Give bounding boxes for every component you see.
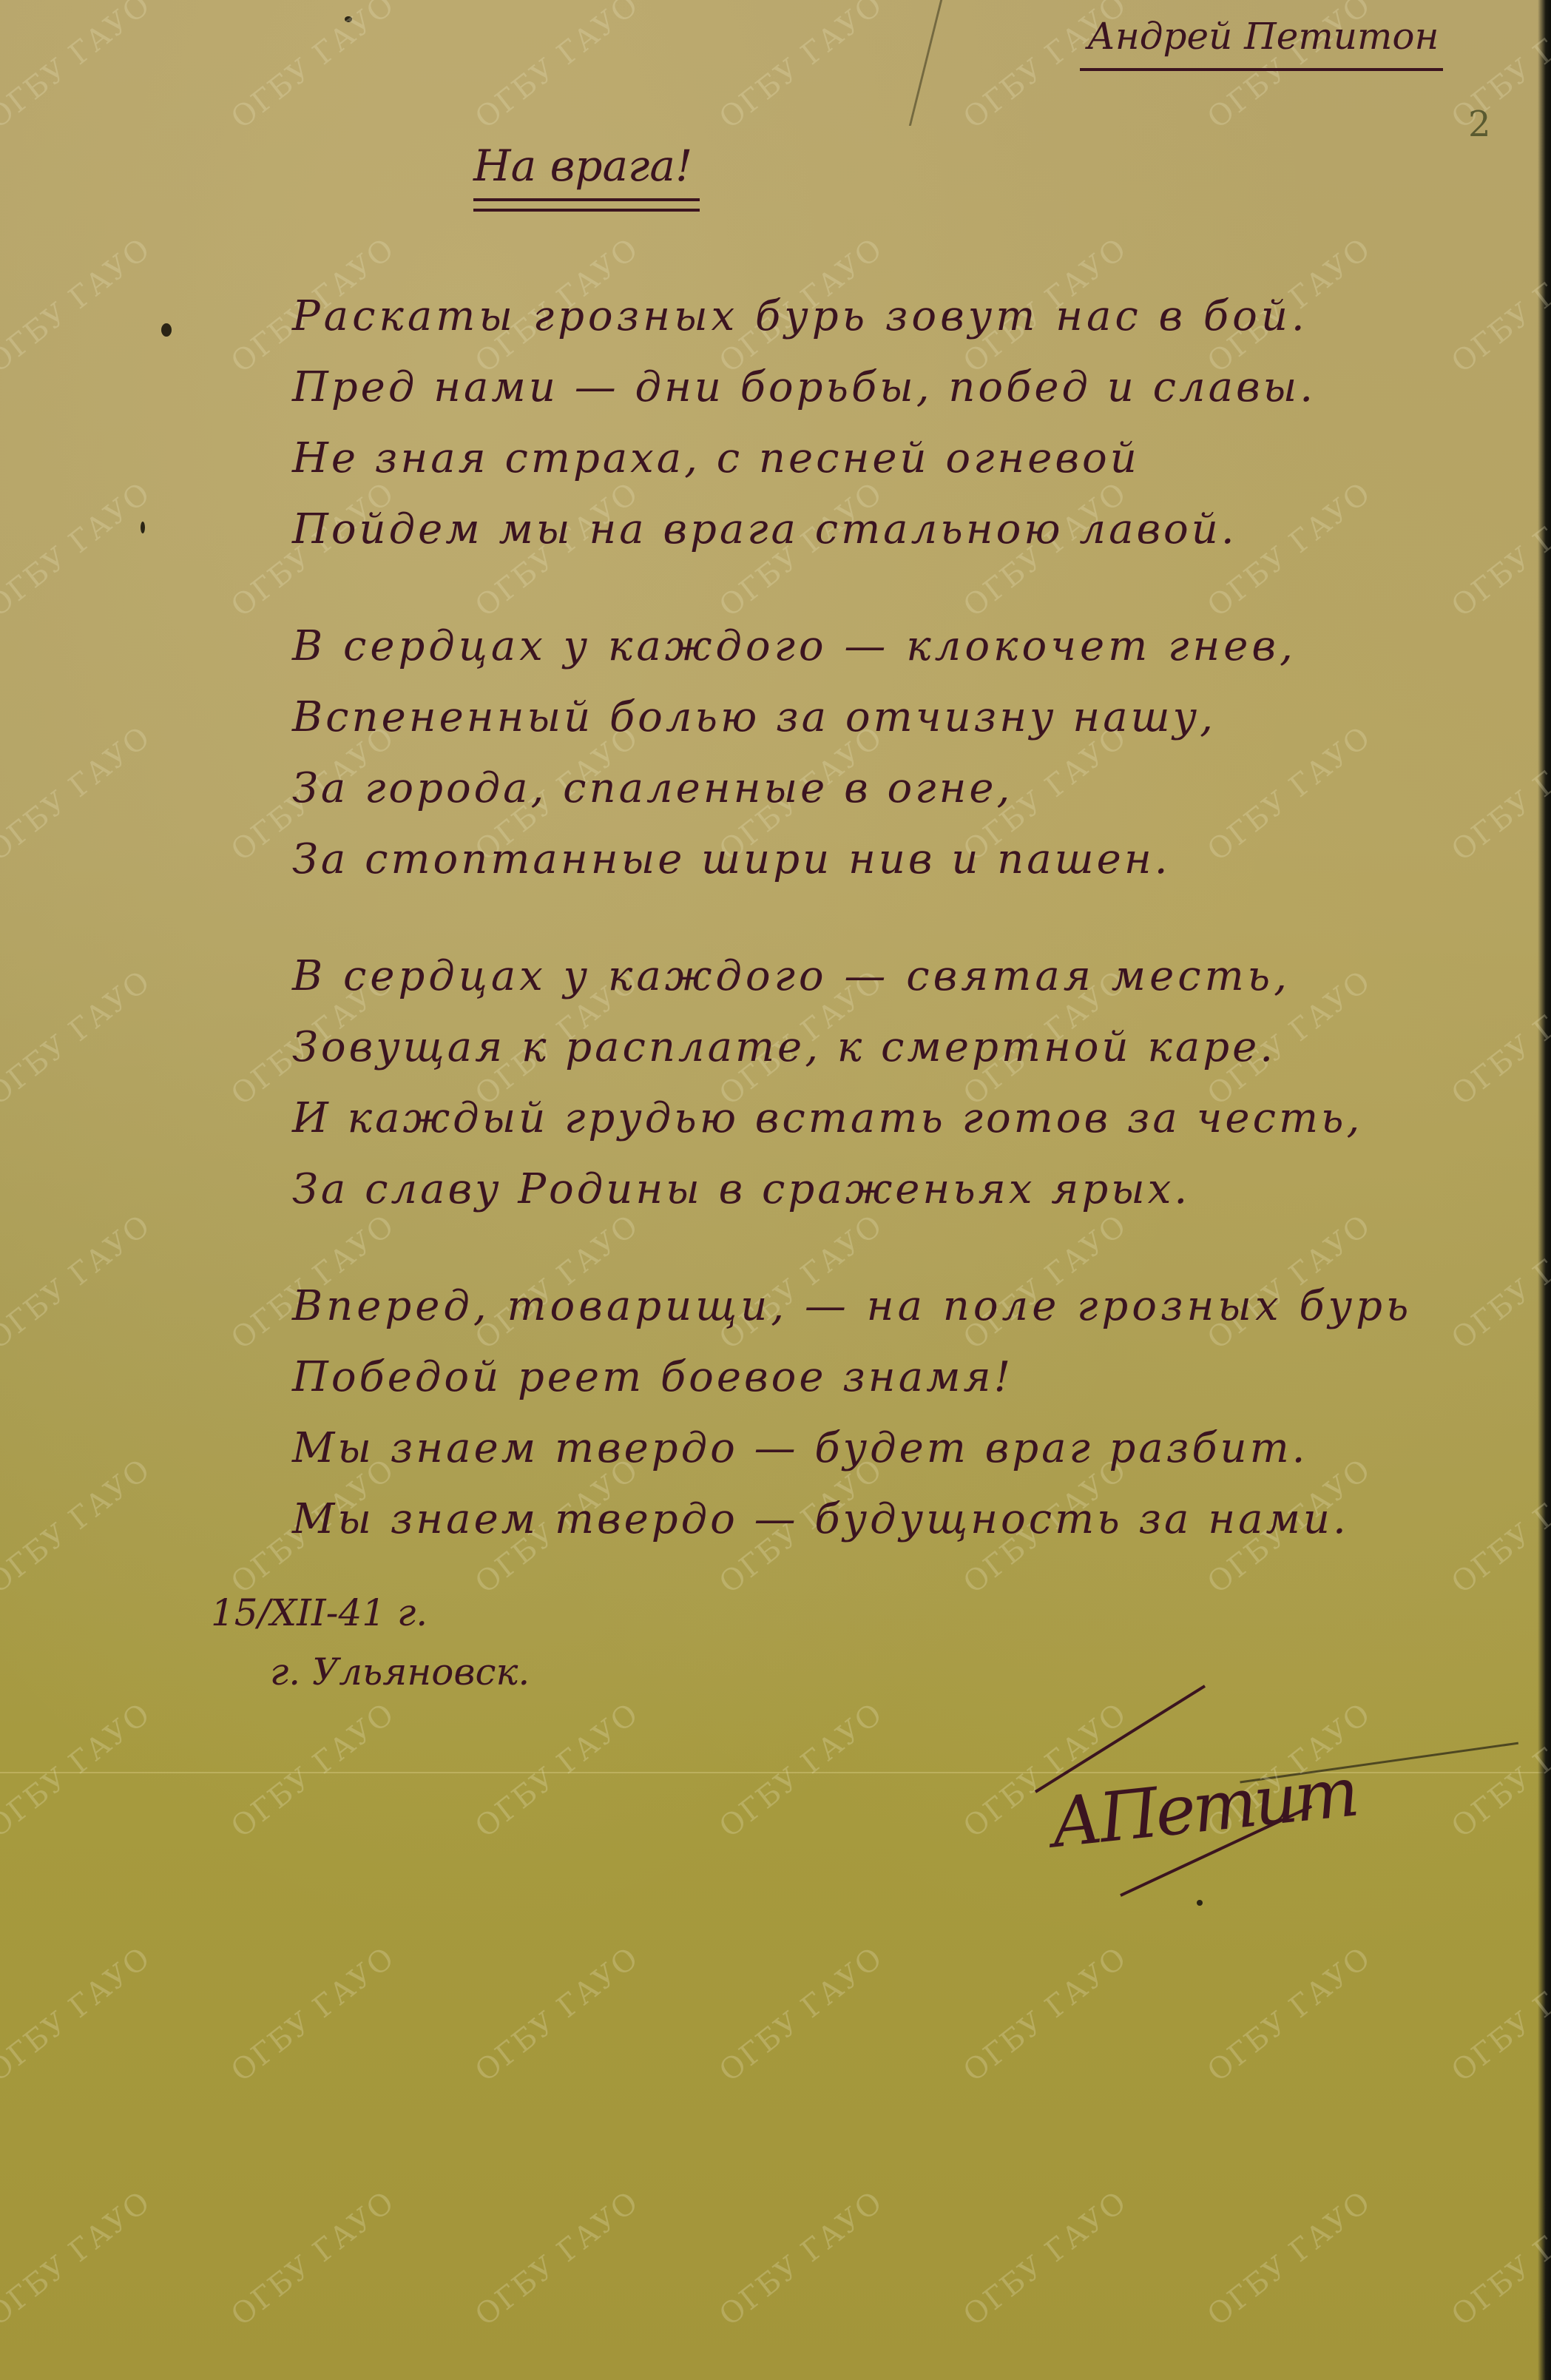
stanza-3: В сердцах у каждого — святая месть, Зову… <box>292 941 1535 1225</box>
poem-line: Пойдем мы на врага стальною лавой. <box>292 494 1535 565</box>
stanza-1: Раскаты грозных бурь зовут нас в бой. Пр… <box>292 281 1535 565</box>
poem-line: Зовущая к расплате, к смертной каре. <box>292 1012 1535 1083</box>
scan-edge <box>1538 0 1551 2380</box>
poem-line: Вперед, товарищи, — на поле грозных бурь <box>292 1271 1535 1342</box>
poem-line: Победой реет боевое знамя! <box>292 1342 1535 1413</box>
poem-title: На врага! <box>473 141 692 195</box>
poem-line: Пред нами — дни борьбы, побед и славы. <box>292 352 1535 423</box>
poem-body: Раскаты грозных бурь зовут нас в бой. Пр… <box>292 281 1535 1601</box>
poem-line: Мы знаем твердо — будет враг разбит. <box>292 1413 1535 1484</box>
poem-line: Раскаты грозных бурь зовут нас в бой. <box>292 281 1535 352</box>
page-number: 2 <box>1468 104 1491 145</box>
poem-line: За города, спаленные в огне, <box>292 753 1535 824</box>
poem-line: За славу Родины в сраженьях ярых. <box>292 1154 1535 1225</box>
poem-line: Мы знаем твердо — будущность за нами. <box>292 1484 1535 1555</box>
author-header: Андрей Петитон <box>1080 15 1443 71</box>
poem-line: За стоптанные шири нив и пашен. <box>292 824 1535 895</box>
stanza-2: В сердцах у каждого — клокочет гнев, Всп… <box>292 611 1535 895</box>
place: г. Ульяновск. <box>270 1642 530 1702</box>
poem-line: В сердцах у каждого — клокочет гнев, <box>292 611 1535 682</box>
poem-line: И каждый грудью встать готов за честь, <box>292 1083 1535 1154</box>
date-place-block: 15/XII-41 г. г. Ульяновск. <box>211 1583 530 1702</box>
stanza-4: Вперед, товарищи, — на поле грозных бурь… <box>292 1271 1535 1555</box>
date: 15/XII-41 г. <box>211 1583 530 1642</box>
poem-line: Не зная страха, с песней огневой <box>292 423 1535 494</box>
poem-line: Вспененный болью за отчизну нашу, <box>292 682 1535 753</box>
poem-line: В сердцах у каждого — святая месть, <box>292 941 1535 1012</box>
